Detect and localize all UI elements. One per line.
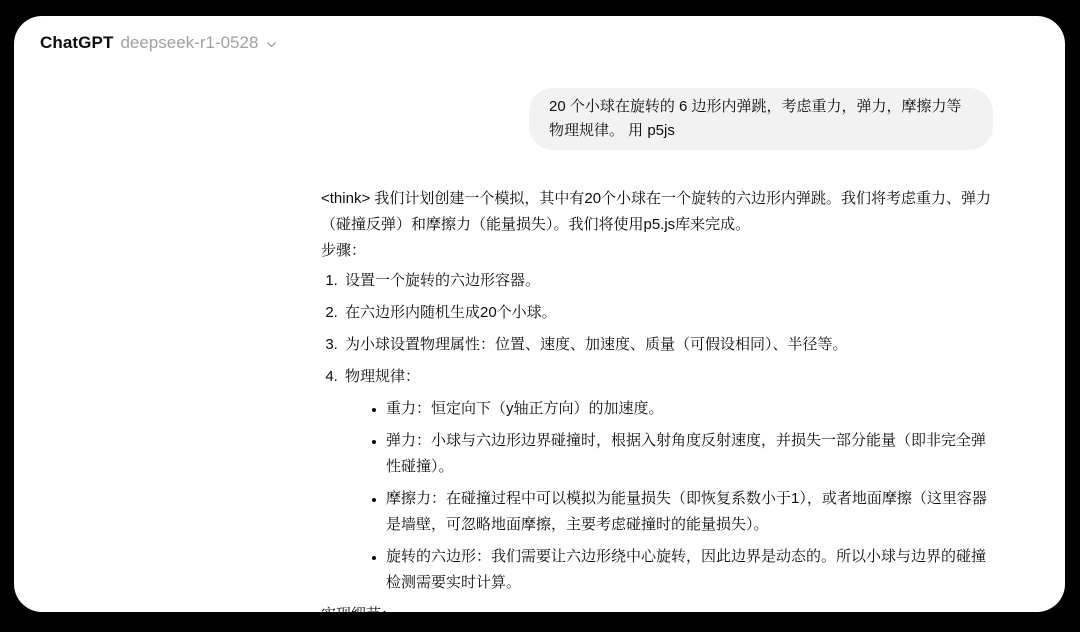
step-item: 在六边形内随机生成20个小球。 xyxy=(342,300,993,326)
physics-rule-item: 旋转的六边形：我们需要让六边形绕中心旋转，因此边界是动态的。所以小球与边界的碰撞… xyxy=(386,544,993,596)
step-item: 物理规律： 重力：恒定向下（y轴正方向）的加速度。 弹力：小球与六边形边界碰撞时… xyxy=(342,364,993,596)
assistant-details-label: 实现细节： xyxy=(321,602,993,612)
chat-app-window: ChatGPT deepseek-r1-0528 20 个小球在旋转的 6 边形… xyxy=(14,16,1065,612)
physics-rule-item: 摩擦力：在碰撞过程中可以模拟为能量损失（即恢复系数小于1），或者地面摩擦（这里容… xyxy=(386,486,993,538)
assistant-message: <think> 我们计划创建一个模拟，其中有20个小球在一个旋转的六边形内弹跳。… xyxy=(321,186,993,612)
user-message-row: 20 个小球在旋转的 6 边形内弹跳，考虑重力，弹力，摩擦力等物理规律。 用 p… xyxy=(321,88,993,150)
step-item: 为小球设置物理属性：位置、速度、加速度、质量（可假设相同）、半径等。 xyxy=(342,332,993,358)
assistant-think-intro: <think> 我们计划创建一个模拟，其中有20个小球在一个旋转的六边形内弹跳。… xyxy=(321,186,993,238)
physics-rule-item: 弹力：小球与六边形边界碰撞时，根据入射角度反射速度，并损失一部分能量（即非完全弹… xyxy=(386,428,993,480)
model-name-label: deepseek-r1-0528 xyxy=(120,31,258,55)
physics-rule-item: 重力：恒定向下（y轴正方向）的加速度。 xyxy=(386,396,993,422)
step-item-label: 物理规律： xyxy=(345,368,420,385)
user-message-bubble[interactable]: 20 个小球在旋转的 6 边形内弹跳，考虑重力，弹力，摩擦力等物理规律。 用 p… xyxy=(529,88,993,150)
app-header: ChatGPT deepseek-r1-0528 xyxy=(40,29,278,57)
app-title: ChatGPT xyxy=(40,31,113,55)
chevron-down-icon xyxy=(265,38,278,51)
physics-rules-list: 重力：恒定向下（y轴正方向）的加速度。 弹力：小球与六边形边界碰撞时，根据入射角… xyxy=(345,396,993,596)
model-switcher[interactable]: ChatGPT deepseek-r1-0528 xyxy=(40,31,278,55)
chat-thread: 20 个小球在旋转的 6 边形内弹跳，考虑重力，弹力，摩擦力等物理规律。 用 p… xyxy=(321,16,993,612)
assistant-steps-list: 设置一个旋转的六边形容器。 在六边形内随机生成20个小球。 为小球设置物理属性：… xyxy=(321,268,993,596)
step-item: 设置一个旋转的六边形容器。 xyxy=(342,268,993,294)
assistant-steps-label: 步骤： xyxy=(321,238,993,264)
